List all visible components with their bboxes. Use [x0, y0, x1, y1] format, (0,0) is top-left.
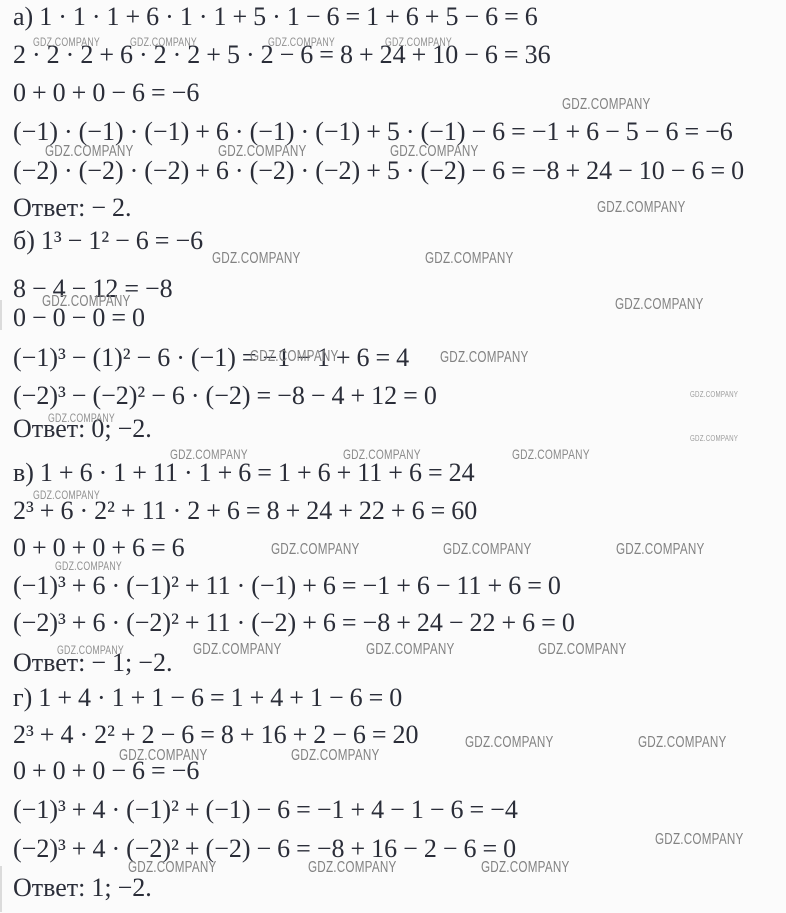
answer-line-a: Ответ: − 2.: [13, 193, 132, 223]
watermark: GDZ.COMPANY: [481, 860, 570, 876]
watermark: GDZ.COMPANY: [33, 489, 100, 501]
scan-artifact: [0, 866, 2, 912]
watermark: GDZ.COMPANY: [616, 542, 705, 558]
watermark: GDZ.COMPANY: [291, 748, 380, 764]
watermark: GDZ.COMPANY: [638, 735, 727, 751]
watermark: GDZ.COMPANY: [271, 542, 360, 558]
watermark: GDZ.COMPANY: [119, 748, 208, 764]
watermark: GDZ.COMPANY: [48, 412, 115, 424]
watermark: GDZ.COMPANY: [45, 144, 134, 160]
solution-document: а) 1 · 1 · 1 + 6 · 1 · 1 + 5 · 1 − 6 = 1…: [0, 0, 786, 913]
watermark: GDZ.COMPANY: [130, 36, 197, 48]
formula-line-a3: 0 + 0 + 0 − 6 = −6: [13, 78, 199, 108]
watermark: GDZ.COMPANY: [170, 447, 248, 461]
formula-line-b5: (−2)³ − (−2)² − 6 · (−2) = −8 − 4 + 12 =…: [13, 381, 437, 411]
formula-line-g5: (−2)³ + 4 · (−2)² + (−2) − 6 = −8 + 16 −…: [13, 834, 516, 864]
watermark: GDZ.COMPANY: [308, 860, 397, 876]
watermark: GDZ.COMPANY: [193, 642, 282, 658]
watermark: GDZ.COMPANY: [512, 447, 590, 461]
formula-line-v4: (−1)³ + 6 · (−1)² + 11 · (−1) + 6 = −1 +…: [13, 571, 561, 601]
answer-line-g: Ответ: 1; −2.: [13, 873, 152, 903]
watermark: GDZ.COMPANY: [465, 735, 554, 751]
watermark: GDZ.COMPANY: [562, 97, 651, 113]
formula-line-v1: в) 1 + 6 · 1 + 11 · 1 + 6 = 1 + 6 + 11 +…: [13, 458, 475, 488]
scan-artifact: [0, 300, 2, 330]
watermark: GDZ.COMPANY: [212, 251, 301, 267]
formula-line-b1: б) 1³ − 1² − 6 = −6: [13, 226, 203, 256]
formula-line-a5: (−2) · (−2) · (−2) + 6 · (−2) · (−2) + 5…: [13, 156, 744, 186]
watermark: GDZ.COMPANY: [443, 542, 532, 558]
watermark: GDZ.COMPANY: [440, 350, 529, 366]
watermark: GDZ.COMPANY: [366, 642, 455, 658]
formula-line-g1: г) 1 + 4 · 1 + 1 − 6 = 1 + 4 + 1 − 6 = 0: [13, 683, 402, 713]
watermark: GDZ.COMPANY: [615, 297, 704, 313]
watermark: GDZ.COMPANY: [268, 36, 335, 48]
watermark: GDZ.COMPANY: [597, 200, 686, 216]
formula-line-v5: (−2)³ + 6 · (−2)² + 11 · (−2) + 6 = −8 +…: [13, 608, 575, 638]
formula-line-g2: 2³ + 4 · 2² + 2 − 6 = 8 + 16 + 2 − 6 = 2…: [13, 720, 419, 750]
watermark: GDZ.COMPANY: [390, 144, 479, 160]
watermark: GDZ.COMPANY: [690, 390, 738, 399]
watermark: GDZ.COMPANY: [57, 644, 124, 656]
watermark: GDZ.COMPANY: [425, 251, 514, 267]
watermark: GDZ.COMPANY: [343, 447, 421, 461]
formula-line-g4: (−1)³ + 4 · (−1)² + (−1) − 6 = −1 + 4 − …: [13, 795, 518, 825]
formula-line-a1: а) 1 · 1 · 1 + 6 · 1 · 1 + 5 · 1 − 6 = 1…: [13, 2, 538, 32]
watermark: GDZ.COMPANY: [655, 832, 744, 848]
watermark: GDZ.COMPANY: [33, 36, 100, 48]
watermark: GDZ.COMPANY: [42, 294, 131, 310]
formula-line-b4: (−1)³ − (1)² − 6 · (−1) = −1 − 1 + 6 = 4: [13, 343, 409, 373]
watermark: GDZ.COMPANY: [55, 560, 122, 572]
watermark: GDZ.COMPANY: [385, 36, 452, 48]
watermark: GDZ.COMPANY: [538, 642, 627, 658]
watermark: GDZ.COMPANY: [250, 349, 339, 365]
watermark: GDZ.COMPANY: [690, 434, 738, 443]
watermark: GDZ.COMPANY: [218, 144, 307, 160]
watermark: GDZ.COMPANY: [128, 860, 217, 876]
